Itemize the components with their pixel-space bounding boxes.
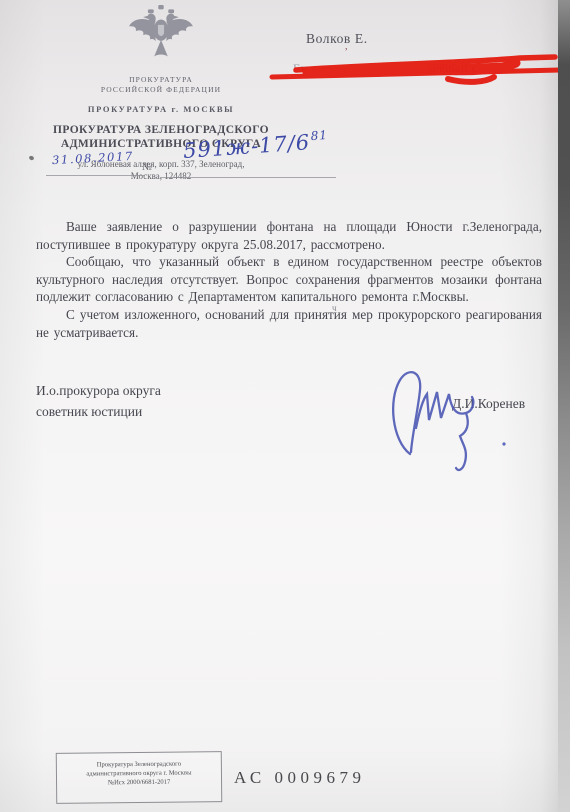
date-underline xyxy=(46,175,144,176)
letterhead-moscow-line: ПРОКУРАТУРА г. МОСКВЫ xyxy=(18,104,304,114)
scanned-letter-page: ПРОКУРАТУРА РОССИЙСКОЙ ФЕДЕРАЦИИ ПРОКУРА… xyxy=(0,0,570,812)
number-label: № xyxy=(142,162,152,173)
signoff-position: И.о.прокурора округа советник юстиции xyxy=(36,380,161,422)
body-paragraph: С учетом изложенного, оснований для прин… xyxy=(36,306,542,341)
red-marker-redaction-strike xyxy=(258,48,568,95)
blank-serial-number: АС 0009679 xyxy=(234,768,366,788)
recipient-name: Волков Е. xyxy=(306,31,368,47)
body-paragraph: Сообщаю, что указанный объект в едином г… xyxy=(36,253,542,306)
number-underline xyxy=(160,177,336,178)
signature-scribble xyxy=(380,352,520,482)
stray-ink-mark: ч xyxy=(332,303,337,313)
scan-edge-shadow xyxy=(558,0,570,812)
body-paragraph: Ваше заявление о разрушении фонтана на п… xyxy=(36,218,542,253)
registration-stamp: Прокуратура Зеленоградского администрати… xyxy=(56,751,223,804)
letter-body: Ваше заявление о разрушении фонтана на п… xyxy=(36,218,542,341)
